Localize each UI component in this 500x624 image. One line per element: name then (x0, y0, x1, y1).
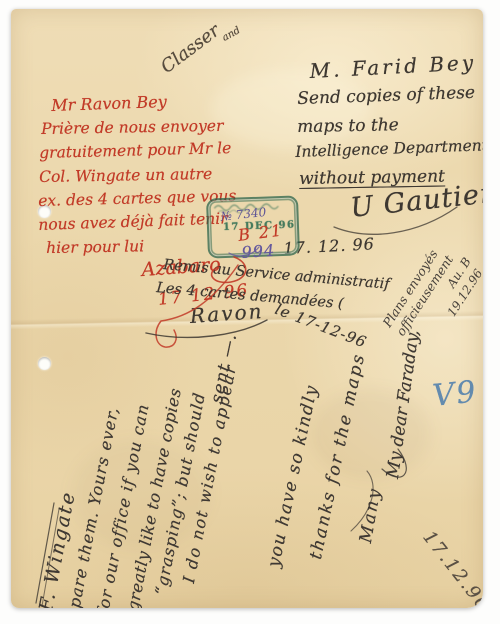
red-note-line: Mr Ravon Bey (51, 92, 167, 115)
red-note-line: hier pour lui (46, 237, 144, 257)
punch-hole (38, 357, 51, 370)
red-note-line: nous avez déjà fait tenir (38, 209, 228, 234)
red-note-line: Prière de nous envoyer (41, 117, 224, 138)
pencil-filing-note-flourish: and (220, 25, 242, 44)
scanned-letter: Classerand Mr Ravon Bey Prière de nous e… (0, 0, 500, 624)
blue-archive-mark: V9 (431, 374, 479, 413)
margin-note: Plans envoyés officieusement Au. B 19.12… (380, 204, 483, 360)
directive-line: M. Farid Bey (309, 50, 477, 83)
letter-paper: Classerand Mr Ravon Bey Prière de nous e… (11, 9, 483, 608)
directive-line: maps to the (297, 115, 399, 137)
reply-letter-line: Many (356, 486, 385, 545)
pencil-date: 17.12.96 (418, 527, 483, 608)
service-note-signature: Ravon (189, 299, 264, 328)
red-note-line: Col. Wingate un autre (39, 165, 212, 186)
pencil-filing-note: Classerand (157, 9, 239, 78)
pencil-filing-note-text: Classer (157, 20, 224, 78)
red-note-line: gratuitement pour Mr le (39, 139, 231, 162)
stamp-purple-annotation: 994 (241, 241, 276, 262)
